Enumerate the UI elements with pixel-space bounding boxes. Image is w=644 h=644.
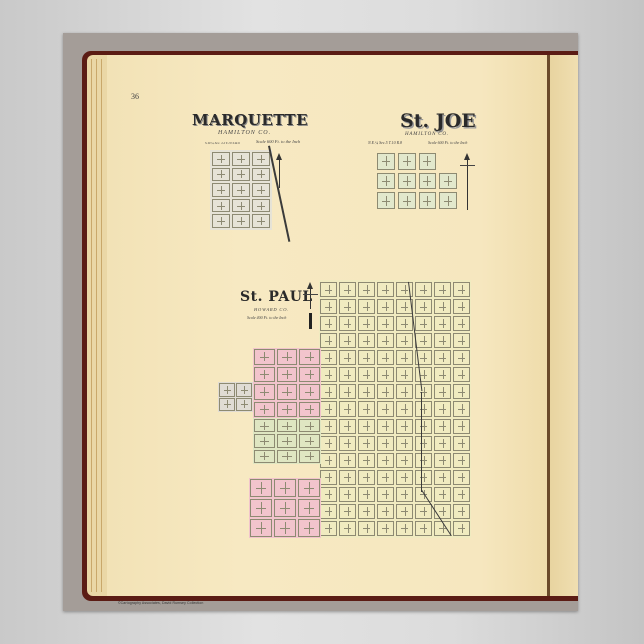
marquette-scale: Scale 600 Ft. to the Inch <box>256 139 300 144</box>
marquette-north-arrow <box>279 158 280 188</box>
marquette-county: HAMILTON CO. <box>218 130 271 136</box>
st-joe-blocks <box>377 153 457 209</box>
marquette-location: S.W.¼ Sec. 24 T.10 S.R.6 <box>205 141 245 145</box>
st-paul-pink-south-blocks <box>250 479 320 537</box>
marquette-blocks <box>212 152 270 228</box>
st-joe-location: N.E.¼ Sec.5 T.10 R.8 <box>368 140 402 145</box>
st-joe-scale: Scale 600 Ft. to the Inch <box>428 140 467 145</box>
marquette-title: MARQUETTE <box>192 111 308 129</box>
st-paul-scale: Scale 400 Ft. to the Inch <box>247 315 286 320</box>
st-paul-compass-cross <box>303 294 318 295</box>
st-joe-title: St. JOE <box>400 110 476 132</box>
st-paul-pink-north-blocks <box>254 349 320 417</box>
st-paul-title: St. PAUL <box>240 289 313 305</box>
page-number: 36 <box>131 92 139 101</box>
st-paul-scale-bar <box>309 313 312 329</box>
st-paul-north-arrow <box>310 287 311 309</box>
st-paul-railroad-mid <box>421 392 422 492</box>
st-paul-gray-blocks <box>219 383 252 411</box>
st-paul-main-blocks <box>320 282 470 536</box>
st-joe-county: HAMILTON CO. <box>405 132 449 137</box>
st-joe-compass-cross <box>460 165 475 166</box>
credit-line: ©Cartography Associates, David Rumsey Co… <box>118 601 203 605</box>
facing-page-edge <box>550 55 578 596</box>
st-paul-county: HOWARD CO. <box>254 307 289 312</box>
st-paul-green-blocks <box>254 419 320 463</box>
